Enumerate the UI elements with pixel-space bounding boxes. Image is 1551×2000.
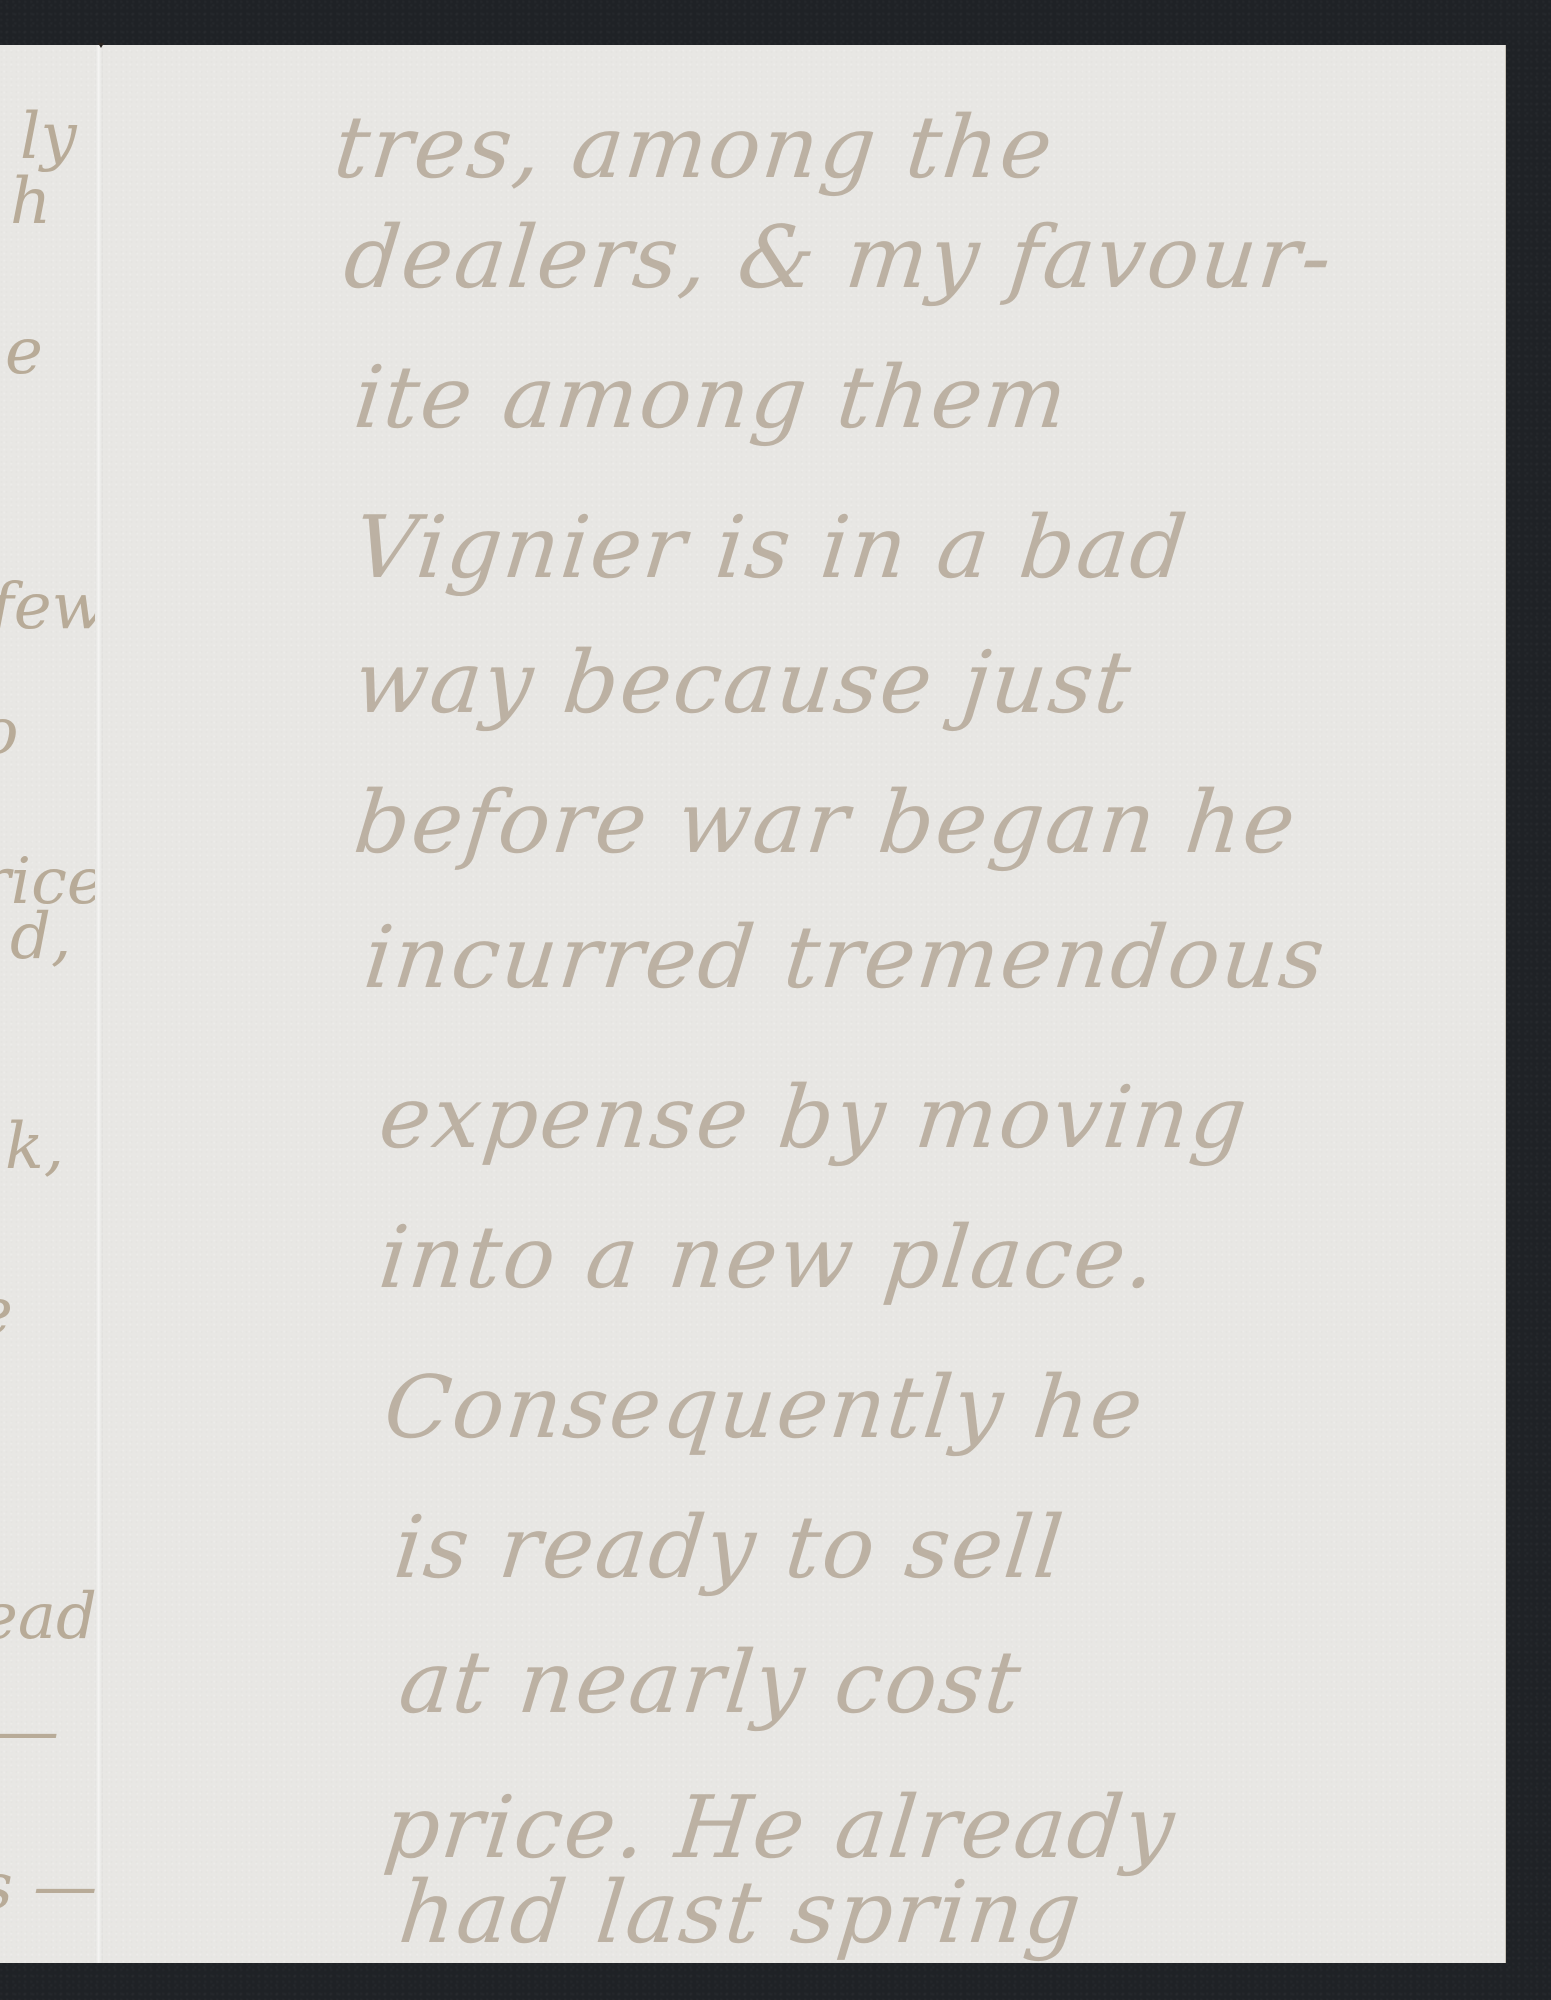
handwritten-line: dealers, & my favour-	[340, 215, 1337, 301]
handwritten-line: price. He already	[380, 1785, 1179, 1871]
letter-body: tres, among the dealers, & my favour- it…	[0, 45, 1505, 1963]
handwritten-line: into a new place.	[375, 1215, 1161, 1301]
letter-paper: ly h e few o rice d, k, e ead — s — tres…	[0, 45, 1505, 1963]
handwritten-line: Vignier is in a bad	[350, 505, 1192, 591]
handwritten-line: expense by moving	[375, 1075, 1252, 1161]
handwritten-line: at nearly cost	[395, 1640, 1026, 1726]
handwritten-line: ite among them	[350, 355, 1072, 441]
handwritten-line: had last spring	[395, 1870, 1086, 1956]
handwritten-line: tres, among the	[330, 105, 1058, 191]
handwritten-line: is ready to sell	[390, 1505, 1068, 1591]
handwritten-line: before war began he	[350, 780, 1301, 866]
handwritten-line: incurred tremendous	[360, 915, 1330, 1001]
handwritten-line: way because just	[350, 640, 1136, 726]
handwritten-line: Consequently he	[380, 1365, 1148, 1451]
